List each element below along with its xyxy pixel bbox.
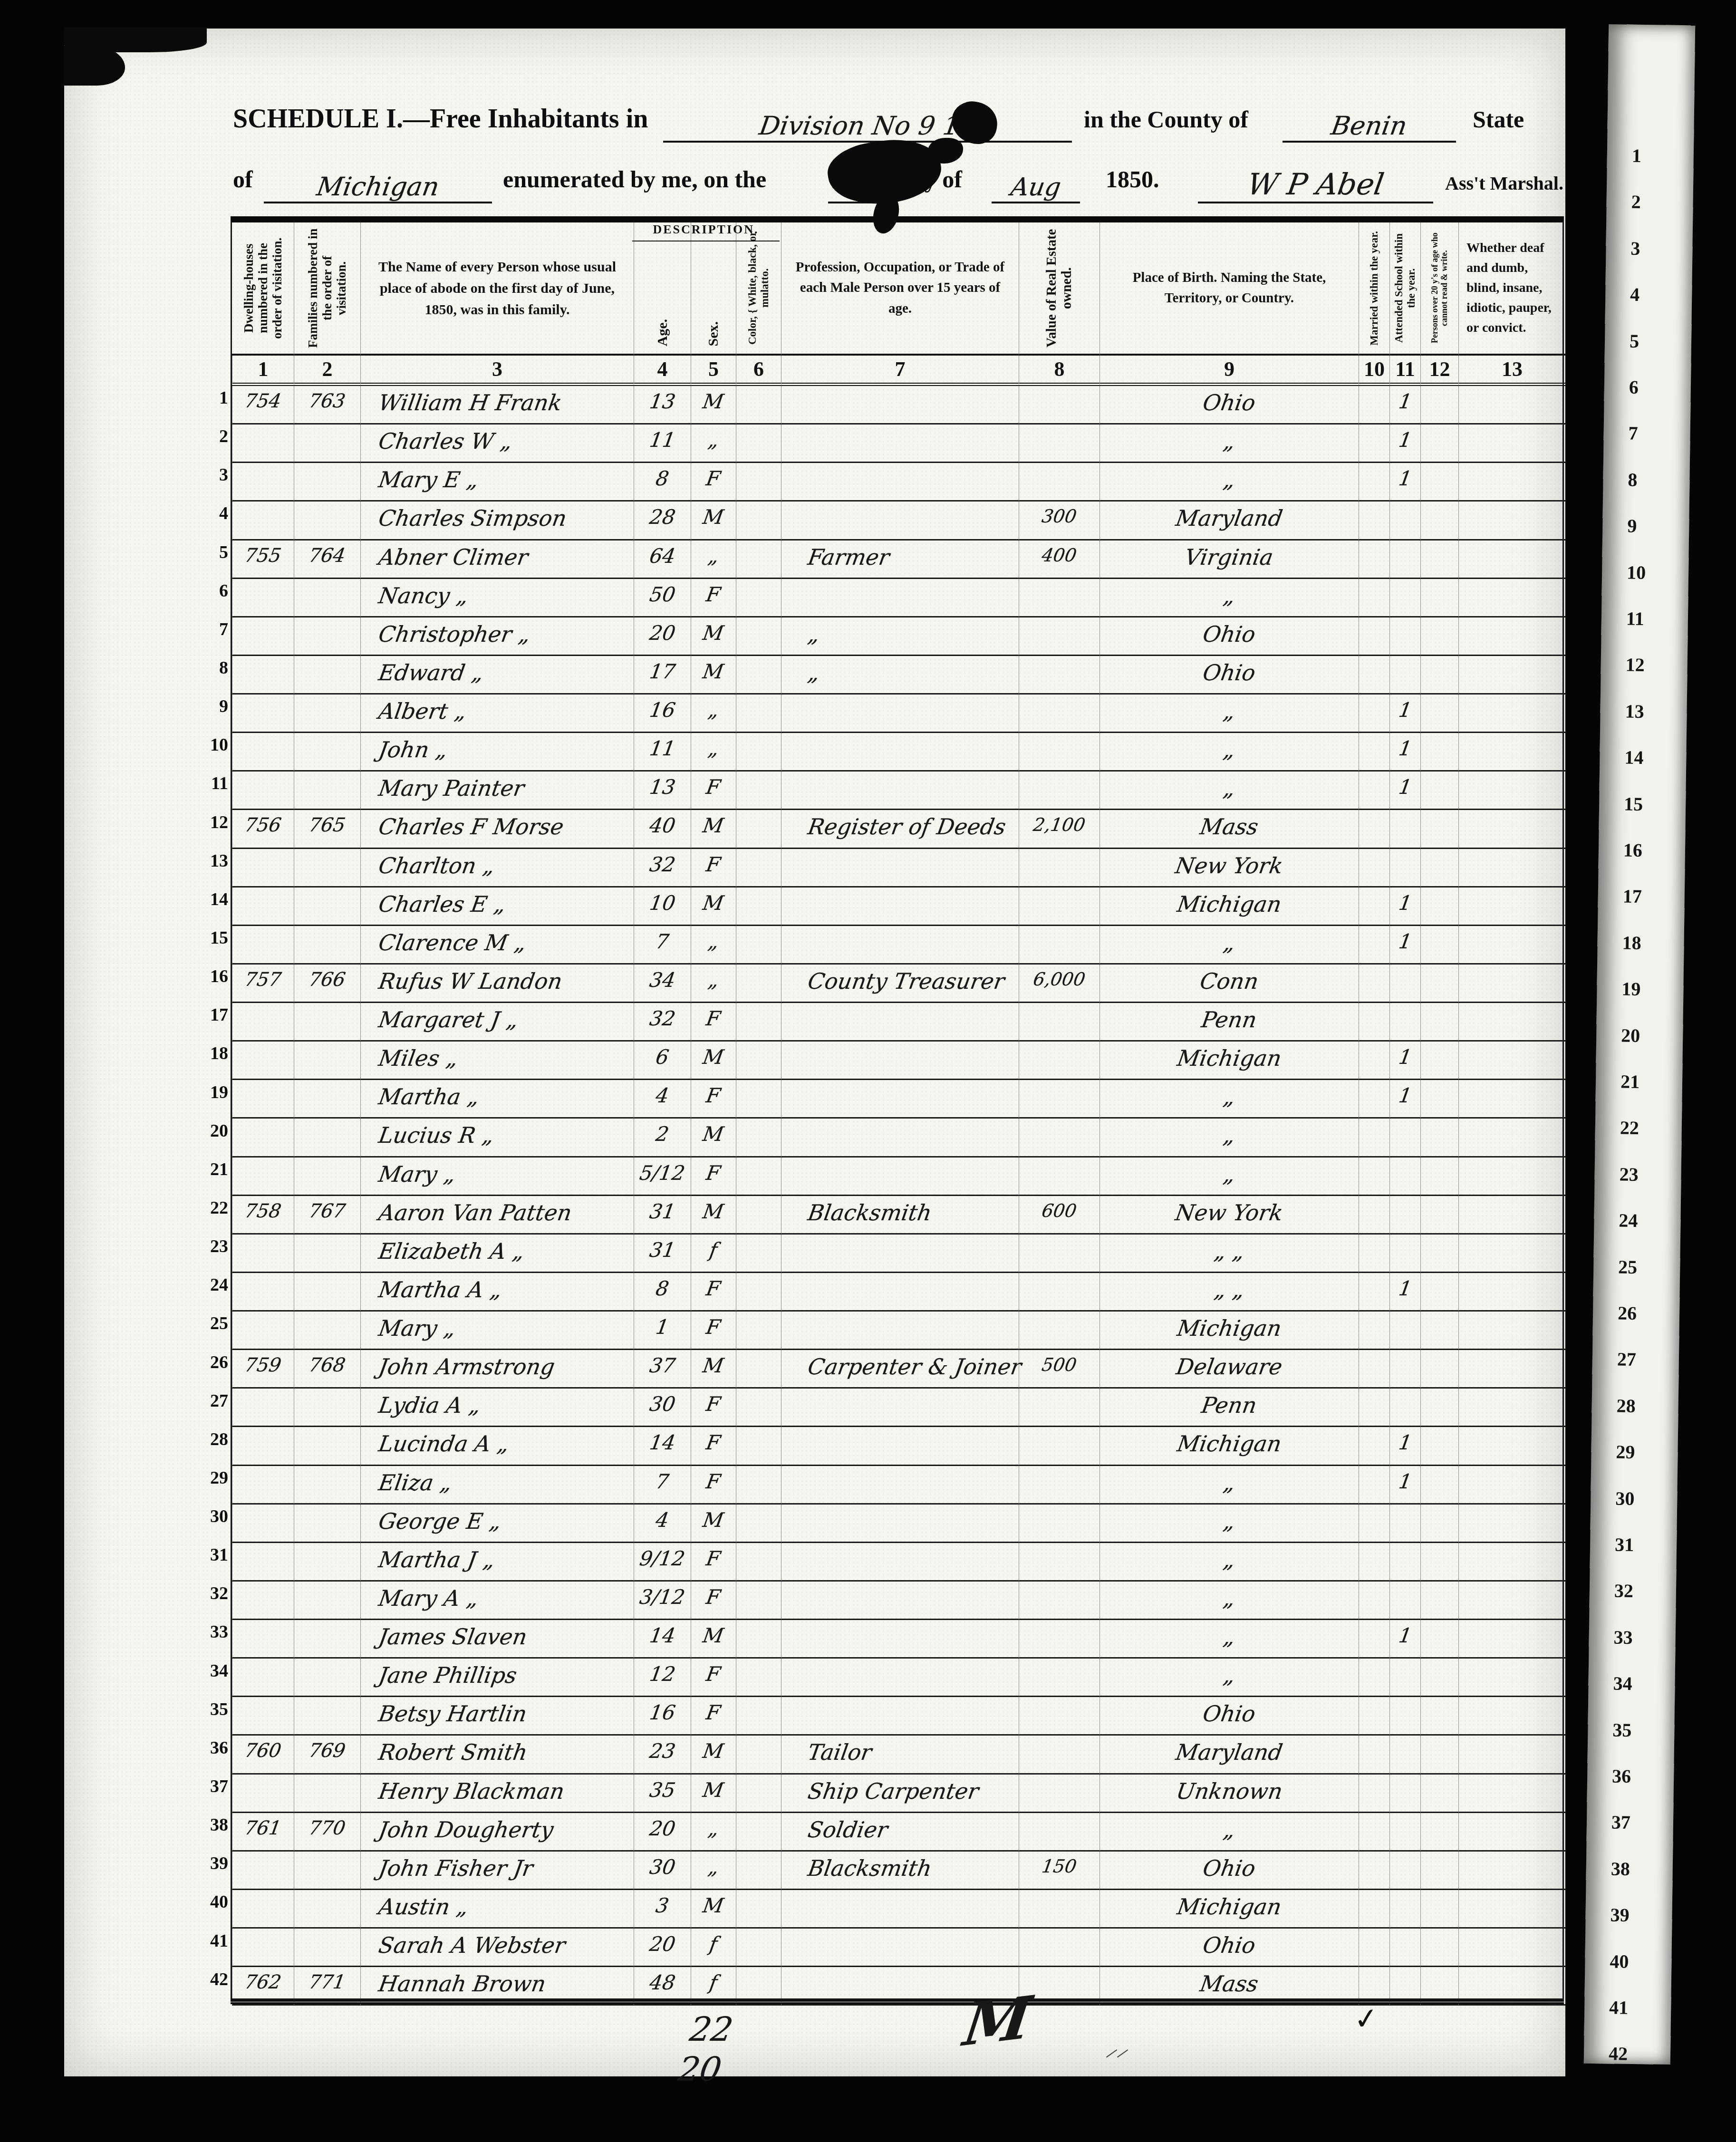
school-cell: 1 <box>1389 463 1420 502</box>
edge-row-number: 14 <box>1624 746 1644 769</box>
occupation-cell <box>781 1890 1019 1929</box>
edge-row-number: 31 <box>1615 1533 1634 1555</box>
read-cell <box>1420 1042 1458 1080</box>
dwelling-cell: 761 <box>232 1813 294 1852</box>
family-cell: 767 <box>294 1196 360 1235</box>
remarks-cell <box>1458 1119 1565 1157</box>
remarks-cell <box>1458 1235 1565 1273</box>
name-cell: Clarence M „ <box>360 926 634 965</box>
sex-cell: M <box>691 1505 736 1543</box>
age-cell: 7 <box>634 1466 691 1505</box>
value-cell <box>1019 695 1099 733</box>
school-cell <box>1389 1929 1420 1967</box>
married-cell <box>1359 1003 1389 1042</box>
school-cell: 1 <box>1389 926 1420 965</box>
school-cell <box>1389 1582 1420 1620</box>
remarks-cell <box>1458 1312 1565 1350</box>
value-cell: 2,100 <box>1019 810 1099 849</box>
family-cell <box>294 1852 360 1890</box>
color-cell <box>736 733 781 772</box>
occupation-cell <box>781 425 1019 463</box>
row-number: 3 <box>186 464 228 485</box>
married-cell <box>1359 618 1389 656</box>
read-cell <box>1420 772 1458 810</box>
value-cell <box>1019 1775 1099 1813</box>
color-cell <box>736 1659 781 1697</box>
birthplace-cell: „ <box>1099 1158 1359 1196</box>
dwelling-cell <box>232 888 294 926</box>
married-cell <box>1359 1466 1389 1505</box>
married-cell <box>1359 1890 1389 1929</box>
edge-row-number: 26 <box>1618 1302 1637 1324</box>
sex-cell: M <box>691 502 736 540</box>
occupation-cell <box>781 1003 1019 1042</box>
row-number: 16 <box>186 966 228 987</box>
read-cell <box>1420 1003 1458 1042</box>
remarks-cell <box>1458 926 1565 965</box>
school-cell <box>1389 1312 1420 1350</box>
read-cell <box>1420 1620 1458 1659</box>
occupation-cell: „ <box>781 618 1019 656</box>
name-cell: Rufus W Landon <box>360 965 634 1003</box>
age-cell: 32 <box>634 1003 691 1042</box>
edge-row-number: 42 <box>1609 2043 1628 2065</box>
remarks-cell <box>1458 1350 1565 1389</box>
edge-row-number: 33 <box>1613 1626 1633 1648</box>
family-cell <box>294 1427 360 1466</box>
read-cell <box>1420 1235 1458 1273</box>
school-cell: 1 <box>1389 1620 1420 1659</box>
sex-cell: M <box>691 656 736 695</box>
occupation-cell <box>781 1042 1019 1080</box>
row-number: 39 <box>186 1853 228 1874</box>
column-number-11: 11 <box>1389 356 1420 386</box>
dwelling-cell: 754 <box>232 386 294 425</box>
age-cell: 20 <box>634 1929 691 1967</box>
color-cell <box>736 1273 781 1312</box>
birthplace-cell: New York <box>1099 1196 1359 1235</box>
row-number: 12 <box>186 812 228 833</box>
column-number-6: 6 <box>736 356 781 386</box>
color-cell <box>736 540 781 579</box>
edge-row-number: 2 <box>1631 191 1641 213</box>
married-cell <box>1359 1042 1389 1080</box>
dwelling-cell <box>232 463 294 502</box>
age-cell: 4 <box>634 1505 691 1543</box>
name-cell: John Fisher Jr <box>360 1852 634 1890</box>
name-cell: Lucinda A „ <box>360 1427 634 1466</box>
schedule-title: SCHEDULE I.—Free Inhabitants in <box>233 104 648 134</box>
read-cell <box>1420 1196 1458 1235</box>
dwelling-cell: 760 <box>232 1736 294 1774</box>
age-cell: 16 <box>634 695 691 733</box>
name-cell: Martha J „ <box>360 1543 634 1582</box>
birthplace-cell: „ <box>1099 1080 1359 1119</box>
dwelling-cell <box>232 1273 294 1312</box>
family-cell <box>294 1003 360 1042</box>
dwelling-cell <box>232 1543 294 1582</box>
value-cell: 6,000 <box>1019 965 1099 1003</box>
adjacent-page-edge: 1234567891011121314151617181920212223242… <box>1584 24 1695 2065</box>
color-cell <box>736 1466 781 1505</box>
sex-cell: M <box>691 1119 736 1157</box>
age-cell: 64 <box>634 540 691 579</box>
county-field: Benin <box>1283 95 1456 143</box>
remarks-cell <box>1458 386 1565 425</box>
age-cell: 2 <box>634 1119 691 1157</box>
age-cell: 20 <box>634 1813 691 1852</box>
value-cell <box>1019 1890 1099 1929</box>
edge-row-number: 34 <box>1613 1672 1632 1695</box>
name-cell: Abner Climer <box>360 540 634 579</box>
edge-row-number: 28 <box>1616 1394 1636 1417</box>
edge-row-number: 19 <box>1621 978 1641 1000</box>
occupation-cell <box>781 1543 1019 1582</box>
married-cell <box>1359 772 1389 810</box>
color-cell <box>736 1003 781 1042</box>
family-cell: 768 <box>294 1350 360 1389</box>
value-cell <box>1019 733 1099 772</box>
dwelling-cell <box>232 1042 294 1080</box>
remarks-cell <box>1458 1929 1565 1967</box>
age-cell: 28 <box>634 502 691 540</box>
married-cell <box>1359 1659 1389 1697</box>
remarks-cell <box>1458 1543 1565 1582</box>
name-cell: Charles W „ <box>360 425 634 463</box>
read-cell <box>1420 540 1458 579</box>
age-cell: 11 <box>634 733 691 772</box>
birthplace-cell: Maryland <box>1099 502 1359 540</box>
age-cell: 8 <box>634 1273 691 1312</box>
age-cell: 11 <box>634 425 691 463</box>
read-cell <box>1420 502 1458 540</box>
edge-row-number: 9 <box>1627 515 1637 537</box>
color-cell <box>736 888 781 926</box>
birthplace-cell: „ <box>1099 1119 1359 1157</box>
edge-row-number: 27 <box>1617 1348 1637 1370</box>
school-cell <box>1389 1003 1420 1042</box>
color-cell <box>736 579 781 618</box>
edge-row-number: 17 <box>1623 885 1642 907</box>
family-cell <box>294 1080 360 1119</box>
value-cell: 400 <box>1019 540 1099 579</box>
married-cell <box>1359 733 1389 772</box>
school-cell: 1 <box>1389 1042 1420 1080</box>
color-cell <box>736 1736 781 1774</box>
married-cell <box>1359 1312 1389 1350</box>
name-cell: Miles „ <box>360 1042 634 1080</box>
dwelling-cell <box>232 656 294 695</box>
married-cell <box>1359 386 1389 425</box>
row-number: 14 <box>186 889 228 910</box>
read-cell <box>1420 1890 1458 1929</box>
age-cell: 4 <box>634 1080 691 1119</box>
birthplace-cell: Virginia <box>1099 540 1359 579</box>
read-cell <box>1420 1119 1458 1157</box>
school-cell <box>1389 618 1420 656</box>
remarks-cell <box>1458 579 1565 618</box>
remarks-cell <box>1458 1505 1565 1543</box>
family-cell: 764 <box>294 540 360 579</box>
birthplace-cell: „ <box>1099 1813 1359 1852</box>
county-value: Benin <box>1329 111 1409 141</box>
family-cell <box>294 1543 360 1582</box>
dwelling-cell <box>232 1697 294 1736</box>
color-cell <box>736 1158 781 1196</box>
column-number-7: 7 <box>781 356 1019 386</box>
edge-row-number: 25 <box>1618 1255 1638 1278</box>
row-number: 17 <box>186 1004 228 1025</box>
married-cell <box>1359 1427 1389 1466</box>
name-cell: Betsy Hartlin <box>360 1697 634 1736</box>
value-cell <box>1019 1119 1099 1157</box>
dwelling-cell <box>232 1466 294 1505</box>
dwelling-cell: 759 <box>232 1350 294 1389</box>
read-cell <box>1420 425 1458 463</box>
edge-row-number: 18 <box>1622 931 1641 954</box>
name-cell: Aaron Van Patten <box>360 1196 634 1235</box>
family-cell: 769 <box>294 1736 360 1774</box>
row-number: 19 <box>186 1082 228 1103</box>
school-cell <box>1389 1659 1420 1697</box>
column-number-2: 2 <box>294 356 360 386</box>
school-cell <box>1389 1505 1420 1543</box>
color-cell <box>736 656 781 695</box>
sex-cell: M <box>691 1620 736 1659</box>
birthplace-cell: New York <box>1099 849 1359 888</box>
edge-row-number: 24 <box>1619 1209 1638 1232</box>
sex-cell: F <box>691 1273 736 1312</box>
married-cell <box>1359 1273 1389 1312</box>
birthplace-cell: Michigan <box>1099 1427 1359 1466</box>
married-cell <box>1359 1929 1389 1967</box>
remarks-cell <box>1458 540 1565 579</box>
family-cell <box>294 618 360 656</box>
occupation-cell <box>781 1119 1019 1157</box>
married-cell <box>1359 1505 1389 1543</box>
value-cell <box>1019 849 1099 888</box>
dwelling-cell <box>232 1389 294 1427</box>
sex-cell: „ <box>691 926 736 965</box>
edge-row-number: 35 <box>1612 1718 1632 1741</box>
dwelling-cell <box>232 1620 294 1659</box>
name-cell: Robert Smith <box>360 1736 634 1774</box>
dwelling-cell <box>232 733 294 772</box>
age-cell: 1 <box>634 1312 691 1350</box>
occupation-cell <box>781 849 1019 888</box>
edge-row-number: 6 <box>1629 376 1639 398</box>
row-number: 8 <box>186 657 228 678</box>
remarks-cell <box>1458 1620 1565 1659</box>
school-cell: 1 <box>1389 772 1420 810</box>
occupation-cell <box>781 1659 1019 1697</box>
school-cell: 1 <box>1389 695 1420 733</box>
sex-cell: M <box>691 1042 736 1080</box>
row-number: 2 <box>186 426 228 447</box>
family-cell <box>294 1042 360 1080</box>
sex-cell: F <box>691 1582 736 1620</box>
name-cell: Charles F Morse <box>360 810 634 849</box>
married-cell <box>1359 1389 1389 1427</box>
value-cell <box>1019 1042 1099 1080</box>
remarks-cell <box>1458 849 1565 888</box>
name-cell: James Slaven <box>360 1620 634 1659</box>
family-cell <box>294 926 360 965</box>
dwelling-cell <box>232 1775 294 1813</box>
age-cell: 17 <box>634 656 691 695</box>
sex-cell: M <box>691 618 736 656</box>
value-cell <box>1019 1003 1099 1042</box>
dwelling-cell <box>232 1003 294 1042</box>
age-cell: 9/12 <box>634 1543 691 1582</box>
color-cell <box>736 1080 781 1119</box>
signature-field: W P Abel <box>1198 147 1433 203</box>
sex-cell: F <box>691 463 736 502</box>
row-number: 25 <box>186 1313 228 1334</box>
edge-row-number: 20 <box>1621 1024 1640 1046</box>
age-cell: 13 <box>634 772 691 810</box>
color-cell <box>736 463 781 502</box>
name-cell: Lydia A „ <box>360 1389 634 1427</box>
occupation-cell <box>781 1312 1019 1350</box>
remarks-cell <box>1458 772 1565 810</box>
school-cell <box>1389 579 1420 618</box>
row-number: 41 <box>186 1930 228 1951</box>
married-cell <box>1359 425 1389 463</box>
value-cell <box>1019 1736 1099 1774</box>
color-cell <box>736 1389 781 1427</box>
column-number-3: 3 <box>360 356 634 386</box>
school-cell <box>1389 1736 1420 1774</box>
edge-row-number: 3 <box>1630 237 1640 259</box>
married-cell <box>1359 926 1389 965</box>
month-field: Aug <box>992 156 1080 203</box>
family-cell <box>294 1659 360 1697</box>
column-number-13: 13 <box>1458 356 1565 386</box>
row-number: 15 <box>186 927 228 948</box>
married-cell <box>1359 502 1389 540</box>
family-cell <box>294 1312 360 1350</box>
sex-cell: F <box>691 1080 736 1119</box>
row-number: 42 <box>186 1969 228 1990</box>
occupation-cell <box>781 733 1019 772</box>
occupation-cell: Soldier <box>781 1813 1019 1852</box>
remarks-cell <box>1458 656 1565 695</box>
remarks-cell <box>1458 1736 1565 1774</box>
family-cell <box>294 656 360 695</box>
family-cell <box>294 888 360 926</box>
married-cell <box>1359 1119 1389 1157</box>
edge-row-number: 1 <box>1632 145 1642 167</box>
occupation-cell <box>781 1697 1019 1736</box>
edge-row-number: 16 <box>1623 839 1643 861</box>
row-number: 6 <box>186 580 228 601</box>
county-label: in the County of <box>1084 106 1248 133</box>
name-cell: Austin „ <box>360 1890 634 1929</box>
birthplace-cell: Ohio <box>1099 1697 1359 1736</box>
occupation-cell <box>781 1158 1019 1196</box>
edge-row-number: 12 <box>1625 654 1645 676</box>
color-cell <box>736 1505 781 1543</box>
edge-row-number: 10 <box>1627 561 1646 583</box>
name-cell: Albert „ <box>360 695 634 733</box>
occupation-cell <box>781 1389 1019 1427</box>
row-number: 10 <box>186 734 228 755</box>
age-cell: 14 <box>634 1427 691 1466</box>
value-cell <box>1019 1543 1099 1582</box>
birthplace-cell: Ohio <box>1099 656 1359 695</box>
color-cell <box>736 926 781 965</box>
sex-cell: F <box>691 1003 736 1042</box>
edge-row-number: 32 <box>1614 1580 1634 1602</box>
edge-row-number: 21 <box>1620 1071 1640 1093</box>
checkmark: ✓ <box>1352 2000 1380 2037</box>
dwelling-cell: 757 <box>232 965 294 1003</box>
age-cell: 5/12 <box>634 1158 691 1196</box>
age-cell: 16 <box>634 1697 691 1736</box>
birthplace-cell: „ <box>1099 463 1359 502</box>
row-number: 33 <box>186 1621 228 1642</box>
edge-row-number: 11 <box>1626 608 1644 630</box>
value-cell <box>1019 1659 1099 1697</box>
occupation-cell: Carpenter & Joiner <box>781 1350 1019 1389</box>
column-header-9: Place of Birth. Naming the State, Territ… <box>1099 222 1359 356</box>
column-header-4: Age. <box>634 222 691 356</box>
dwelling-cell <box>232 1235 294 1273</box>
row-number: 36 <box>186 1737 228 1758</box>
row-number: 31 <box>186 1544 228 1565</box>
dwelling-cell <box>232 1080 294 1119</box>
scanned-census-page: SCHEDULE I.—Free Inhabitants in Division… <box>0 0 1736 2142</box>
birthplace-cell: Mass <box>1099 810 1359 849</box>
sex-cell: „ <box>691 695 736 733</box>
occupation-cell <box>781 1235 1019 1273</box>
birthplace-cell: Penn <box>1099 1003 1359 1042</box>
value-cell <box>1019 1158 1099 1196</box>
edge-row-number: 4 <box>1630 283 1640 306</box>
sex-cell: „ <box>691 965 736 1003</box>
occupation-cell <box>781 888 1019 926</box>
value-cell <box>1019 1080 1099 1119</box>
remarks-cell <box>1458 1158 1565 1196</box>
value-cell <box>1019 1427 1099 1466</box>
dwelling-cell <box>232 1659 294 1697</box>
edge-row-number: 30 <box>1615 1487 1635 1509</box>
family-cell <box>294 1273 360 1312</box>
value-cell <box>1019 1466 1099 1505</box>
age-cell: 34 <box>634 965 691 1003</box>
value-cell <box>1019 772 1099 810</box>
age-cell: 3 <box>634 1890 691 1929</box>
row-number: 27 <box>186 1390 228 1411</box>
edge-row-number: 37 <box>1611 1811 1631 1833</box>
sex-cell: „ <box>691 1852 736 1890</box>
edge-row-number: 29 <box>1616 1441 1635 1463</box>
married-cell <box>1359 1775 1389 1813</box>
of-word: of <box>233 165 253 193</box>
name-cell: Sarah A Webster <box>360 1929 634 1967</box>
read-cell <box>1420 1350 1458 1389</box>
name-cell: John Armstrong <box>360 1350 634 1389</box>
occupation-cell <box>781 1620 1019 1659</box>
family-cell <box>294 1697 360 1736</box>
color-cell <box>736 965 781 1003</box>
family-cell <box>294 1389 360 1427</box>
color-cell <box>736 1196 781 1235</box>
sex-cell: F <box>691 1158 736 1196</box>
remarks-cell <box>1458 1466 1565 1505</box>
value-cell: 600 <box>1019 1196 1099 1235</box>
